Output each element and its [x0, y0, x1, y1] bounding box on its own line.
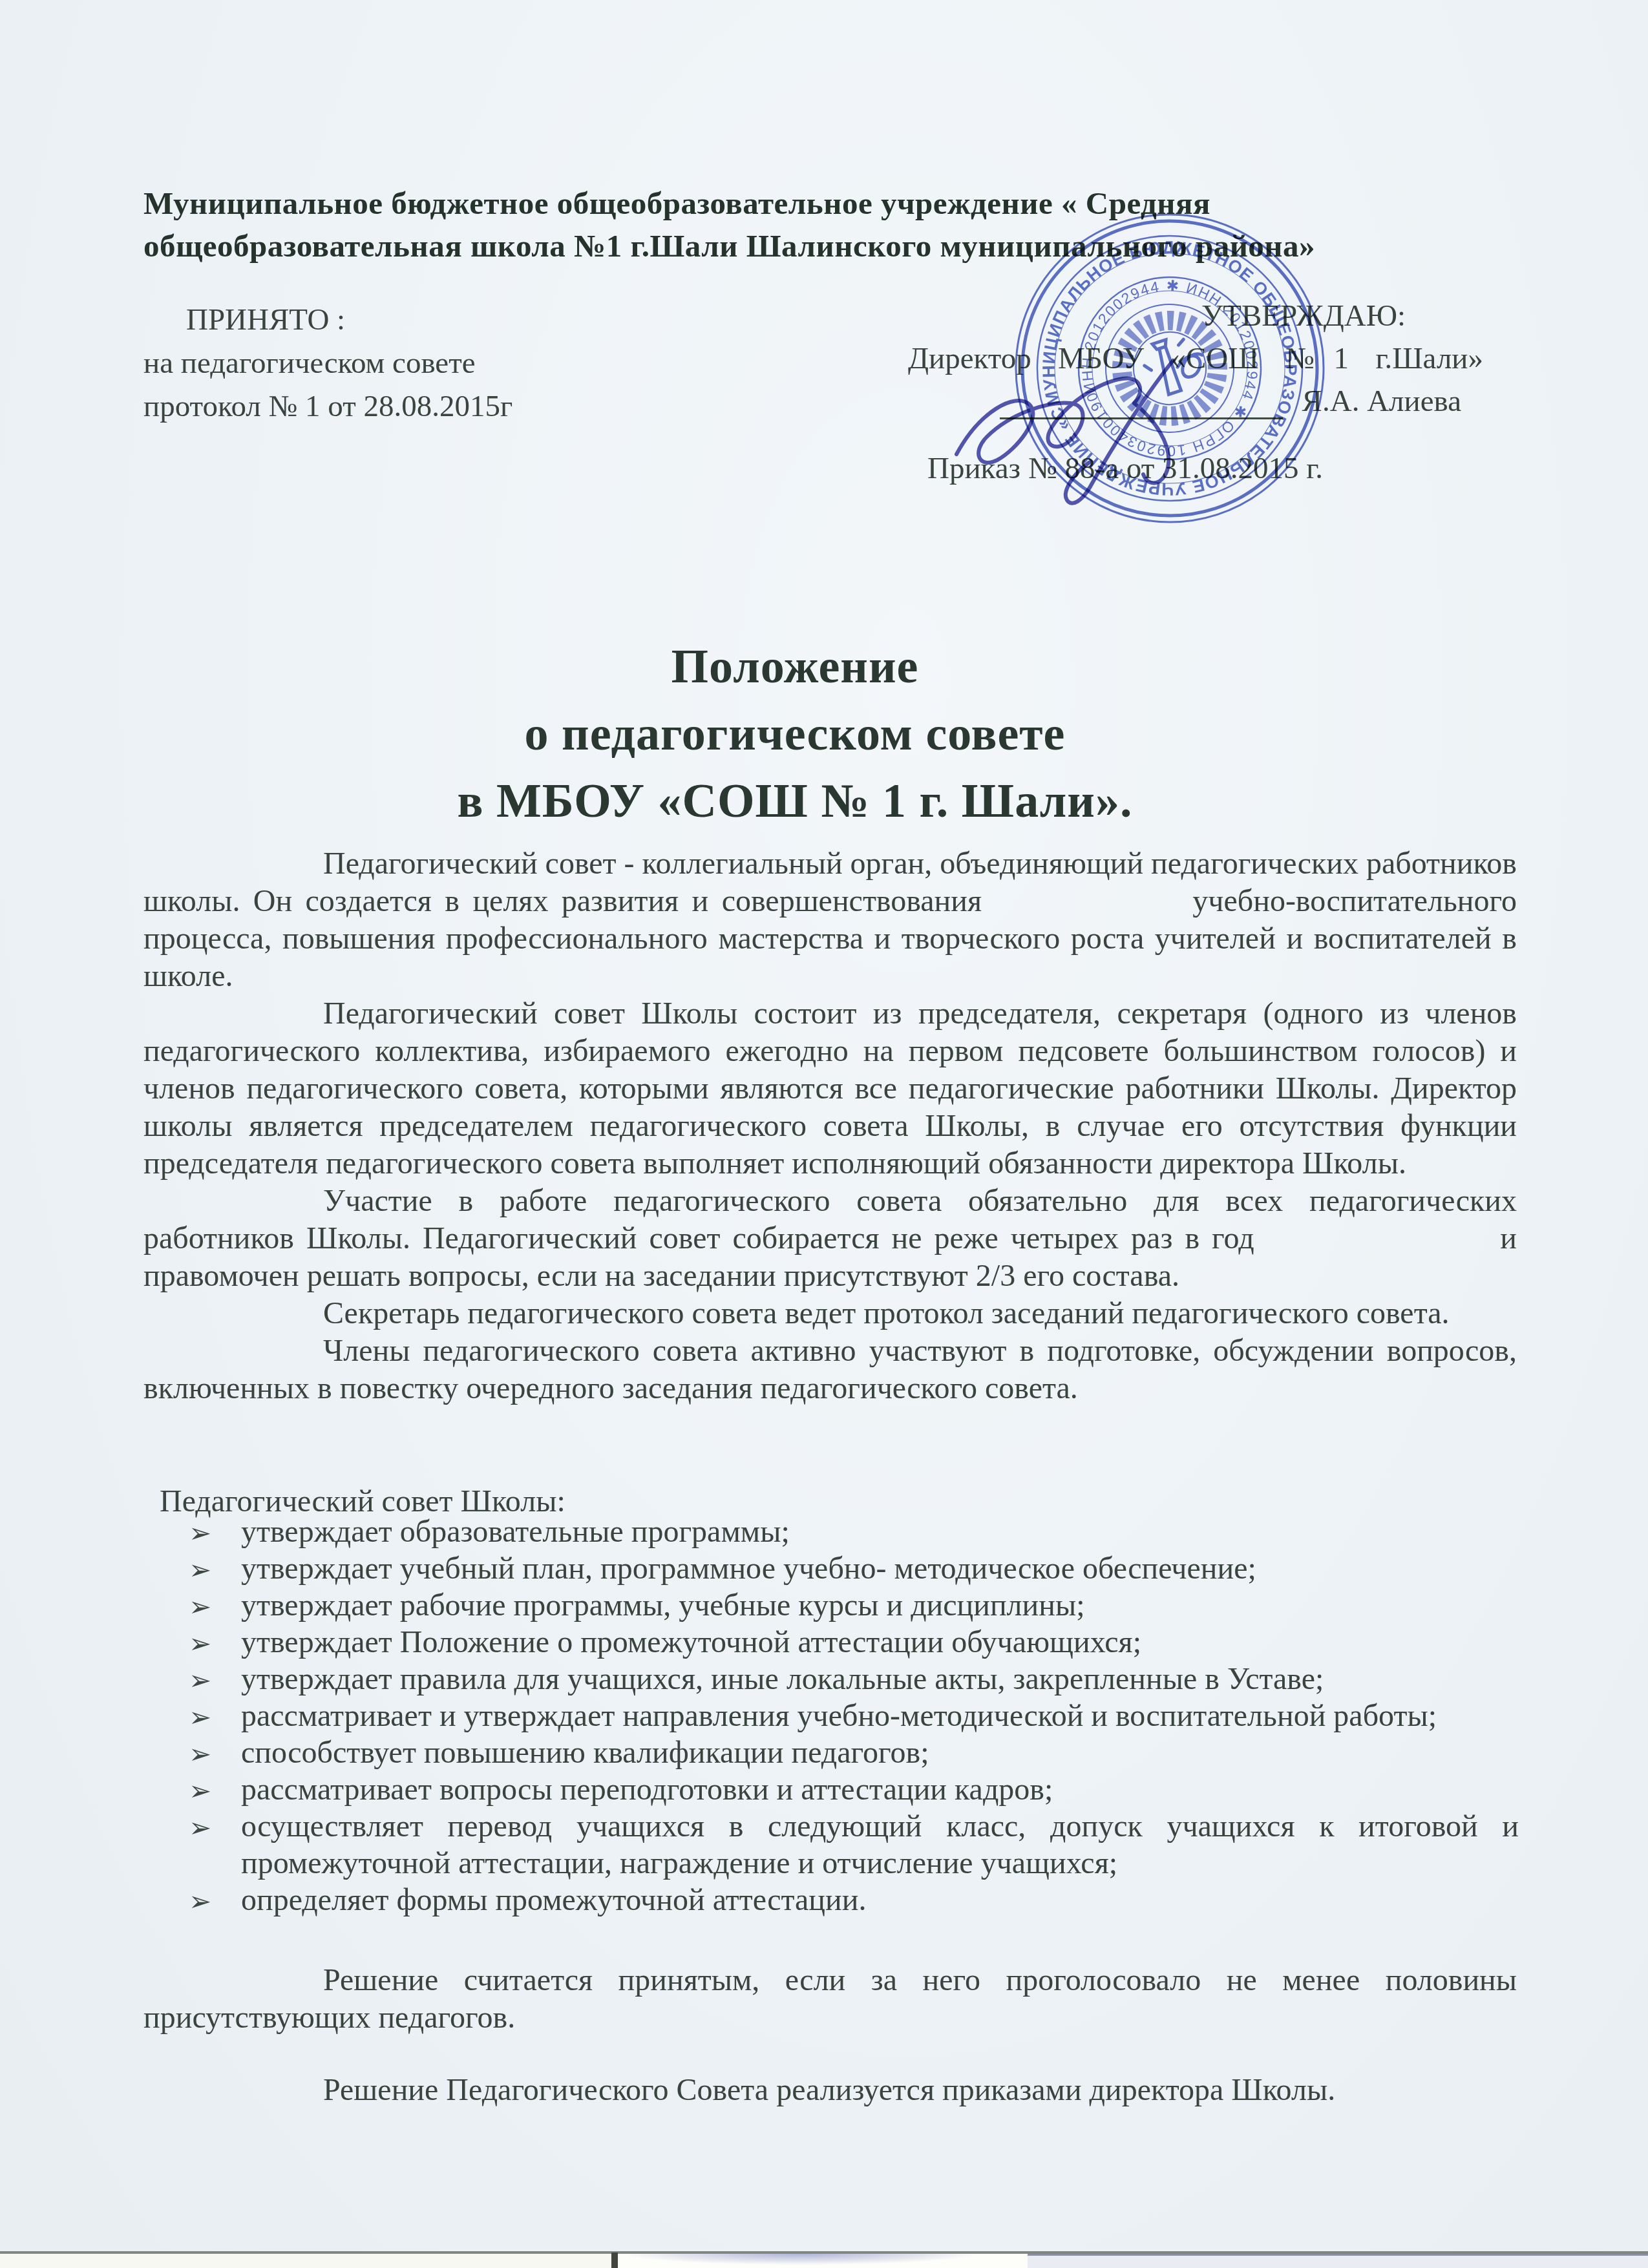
- list-item-text: определяет формы промежуточной аттестаци…: [241, 1883, 866, 1917]
- scan-edge-segment: [1028, 2254, 1648, 2268]
- arrow-bullet-icon: ➢: [189, 1699, 211, 1736]
- document-title: Положение о педагогическом совете в МБОУ…: [116, 633, 1474, 835]
- list-item-text: утверждает правила для учащихся, иные ло…: [241, 1662, 1324, 1696]
- arrow-bullet-icon: ➢: [189, 1515, 211, 1551]
- body-text: Педагогический совет - коллегиальный орг…: [143, 845, 1517, 1407]
- list-item: ➢утверждает образовательные программы;: [143, 1513, 1519, 1550]
- list-item-text: осуществляет перевод учащихся в следующи…: [241, 1809, 1519, 1880]
- paragraph: Участие в работе педагогического совета …: [143, 1182, 1517, 1295]
- title-line-3: в МБОУ «СОШ № 1 г. Шали».: [116, 768, 1474, 835]
- closing-text: Решение считается принятым, если за него…: [143, 1962, 1517, 2109]
- scanned-document-page: Муниципальное бюджетное общеобразователь…: [0, 0, 1648, 2268]
- arrow-bullet-icon: ➢: [189, 1809, 211, 1846]
- accepted-block: ПРИНЯТО : на педагогическом совете прото…: [143, 299, 725, 428]
- list-item-text: рассматривает вопросы переподготовки и а…: [241, 1772, 1053, 1807]
- arrow-bullet-icon: ➢: [189, 1772, 211, 1809]
- scan-edge-mark: [611, 2252, 618, 2268]
- list-item: ➢определяет формы промежуточной аттестац…: [143, 1882, 1519, 1918]
- signature-scribble: [940, 341, 1315, 516]
- title-line-1: Положение: [116, 633, 1474, 700]
- accepted-label: ПРИНЯТО :: [143, 299, 725, 342]
- arrow-bullet-icon: ➢: [189, 1625, 211, 1662]
- accepted-line-2: на педагогическом совете: [143, 342, 725, 385]
- council-powers-list: ➢утверждает образовательные программы; ➢…: [143, 1513, 1519, 1918]
- title-line-2: о педагогическом совете: [116, 700, 1474, 768]
- list-item-text: способствует повышению квалификации педа…: [241, 1736, 929, 1770]
- arrow-bullet-icon: ➢: [189, 1883, 211, 1920]
- list-item: ➢утверждает Положение о промежуточной ат…: [143, 1624, 1519, 1661]
- paragraph: Секретарь педагогического совета ведет п…: [143, 1295, 1517, 1332]
- arrow-bullet-icon: ➢: [189, 1736, 211, 1772]
- scan-edge-segment: [614, 2254, 1028, 2268]
- paragraph: Решение считается принятым, если за него…: [143, 1962, 1517, 2037]
- accepted-line-3: протокол № 1 от 28.08.2015г: [143, 385, 725, 428]
- list-item: ➢рассматривает вопросы переподготовки и …: [143, 1771, 1519, 1808]
- paragraph: Педагогический совет - коллегиальный орг…: [143, 845, 1517, 995]
- arrow-bullet-icon: ➢: [189, 1662, 211, 1699]
- list-item-text: утверждает рабочие программы, учебные ку…: [241, 1588, 1085, 1622]
- paragraph: Решение Педагогического Совета реализует…: [143, 2072, 1517, 2109]
- arrow-bullet-icon: ➢: [189, 1551, 211, 1588]
- list-item-text: рассматривает и утверждает направления у…: [241, 1699, 1437, 1733]
- list-item-text: утверждает Положение о промежуточной атт…: [241, 1625, 1141, 1659]
- scan-edge-segment: [0, 2254, 614, 2268]
- paragraph: Педагогический совет Школы состоит из пр…: [143, 995, 1517, 1182]
- paragraph: Члены педагогического совета активно уча…: [143, 1332, 1517, 1407]
- list-item: ➢утверждает правила для учащихся, иные л…: [143, 1661, 1519, 1697]
- list-item: ➢осуществляет перевод учащихся в следующ…: [143, 1808, 1519, 1882]
- list-item: ➢утверждает рабочие программы, учебные к…: [143, 1587, 1519, 1624]
- list-item: ➢утверждает учебный план, программное уч…: [143, 1550, 1519, 1587]
- list-item: ➢рассматривает и утверждает направления …: [143, 1697, 1519, 1734]
- scan-page-edge: [0, 2251, 1648, 2268]
- list-item-text: утверждает учебный план, программное уче…: [241, 1551, 1256, 1586]
- list-item: ➢способствует повышению квалификации пед…: [143, 1734, 1519, 1771]
- arrow-bullet-icon: ➢: [189, 1588, 211, 1625]
- list-item-text: утверждает образовательные программы;: [241, 1515, 790, 1549]
